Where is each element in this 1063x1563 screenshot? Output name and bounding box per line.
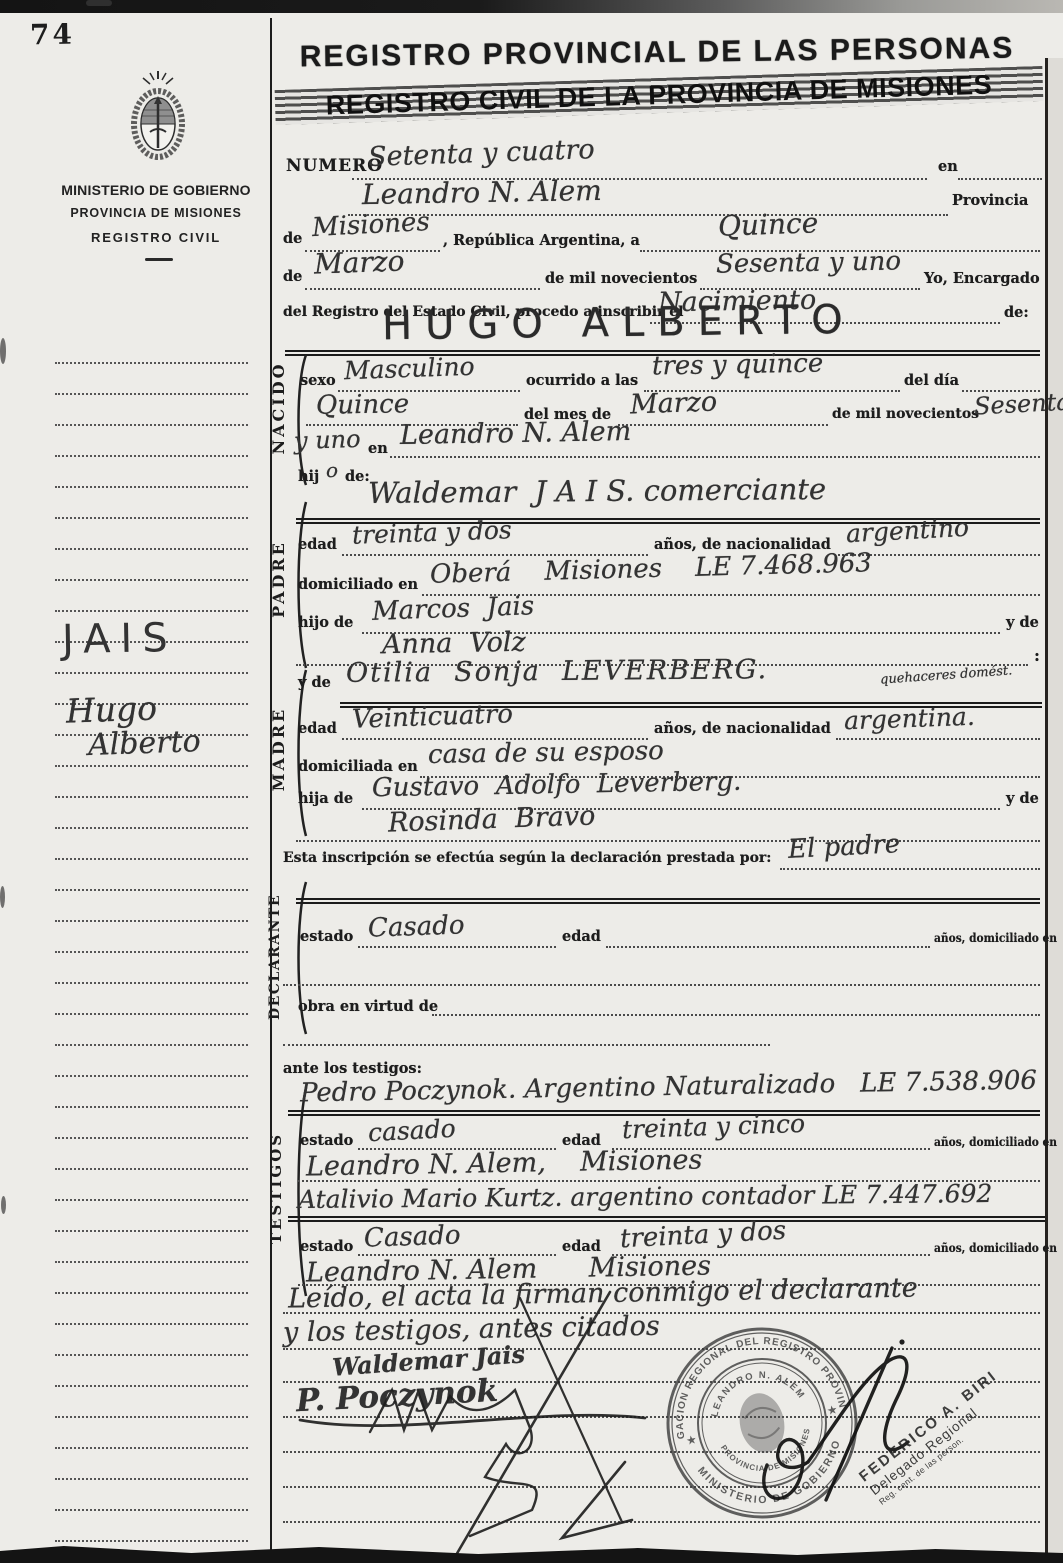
margin-ruled-lines bbox=[55, 333, 248, 1542]
entry-testigo1-domicilio: Leandro N. Alem, Misiones bbox=[306, 1145, 703, 1183]
dotted-line bbox=[305, 288, 540, 290]
dotted-line bbox=[836, 738, 1040, 740]
scan-artifact bbox=[86, 0, 112, 6]
label-inscripcion: Esta inscripción se efectúa según la dec… bbox=[283, 850, 771, 866]
section-testigos: TESTIGOS bbox=[267, 1090, 285, 1286]
entry-dia: Quince bbox=[717, 206, 818, 242]
scan-artifact bbox=[0, 338, 6, 364]
label-yo-encargado: Yo, Encargado bbox=[924, 270, 1040, 287]
struck-title-wrap: REGISTRO CIVIL DE LA PROVINCIA DE MISION… bbox=[283, 68, 1036, 123]
dotted-line bbox=[283, 1044, 770, 1046]
entry-padre-nombre: Waldemar J A I S. comerciante bbox=[368, 472, 826, 510]
label-edad: edad bbox=[562, 928, 601, 945]
page-number: 74 bbox=[30, 18, 76, 52]
entry-anio-nac1: Sesenta bbox=[973, 387, 1063, 420]
label-edad: edad bbox=[298, 536, 337, 553]
dotted-line bbox=[283, 984, 1040, 986]
margin-index-surname: JAIS bbox=[62, 615, 178, 663]
entry-hijo-o: o bbox=[326, 458, 338, 482]
label-anos-domiciliado: años, domiciliado en bbox=[934, 1240, 1057, 1255]
entry-lugar: Leandro N. Alem bbox=[362, 174, 602, 211]
label-anos-nacionalidad: años, de nacionalidad bbox=[654, 720, 831, 737]
entry-provincia: Misiones bbox=[311, 207, 430, 243]
label-mil-novecientos: de mil novecientos bbox=[545, 270, 697, 287]
double-rule bbox=[296, 898, 1040, 900]
dotted-line bbox=[958, 178, 1042, 180]
entry-madre-nombre: Otilia Sonja LEVERBERG. bbox=[346, 654, 768, 689]
label-estado: estado bbox=[300, 1238, 353, 1255]
entry-abuela-paterna: Anna Volz bbox=[382, 627, 526, 661]
label-ocurrido: ocurrido a las bbox=[526, 372, 638, 389]
label-y-de: y de bbox=[1006, 790, 1039, 807]
label-hijo-de: hijo de bbox=[298, 614, 353, 631]
label-obra: obra en virtud de bbox=[298, 998, 438, 1015]
sidebar-dash bbox=[145, 258, 173, 261]
entry-abuela-materna: Rosinda Bravo bbox=[388, 800, 596, 838]
entry-declaracion-por: El padre bbox=[787, 829, 901, 865]
scan-artifact bbox=[0, 886, 5, 908]
label-del-dia: del día bbox=[904, 372, 959, 389]
label-sexo: sexo bbox=[300, 372, 336, 389]
label-y-de: y de bbox=[298, 674, 331, 691]
struck-title: REGISTRO CIVIL DE LA PROVINCIA DE MISION… bbox=[325, 70, 992, 121]
double-rule bbox=[288, 1110, 1040, 1112]
label-y-de: y de bbox=[1006, 614, 1039, 631]
entry-dia-nac: Quince bbox=[316, 389, 410, 421]
entry-lugar-nac: Leandro N. Alem bbox=[400, 416, 632, 451]
label-en: en bbox=[938, 158, 958, 175]
coat-of-arms-icon bbox=[128, 70, 188, 166]
birth-certificate-page: 74 MINISTERIO DE GOBIERNO PROVINCIA DE M… bbox=[0, 0, 1063, 1563]
label-republica: , República Argentina, a bbox=[443, 232, 640, 249]
page-edge-line bbox=[1045, 58, 1048, 1563]
margin-index-given1: Hugo bbox=[65, 688, 157, 730]
page-edge-paper bbox=[1048, 58, 1063, 1563]
entry-numero: Setenta y cuatro bbox=[368, 134, 596, 173]
dotted-line bbox=[432, 1014, 1040, 1016]
stamp-star-left: ★ bbox=[685, 1432, 698, 1448]
dotted-line bbox=[780, 868, 1040, 870]
entry-abuelo-materno: Gustavo Adolfo Leverberg. bbox=[372, 767, 742, 803]
label-mil-novecientos: de mil novecientos bbox=[832, 406, 979, 422]
entry-testigo1-estado: casado bbox=[367, 1114, 456, 1148]
entry-madre-domicilio: casa de su esposo bbox=[428, 736, 664, 770]
label-de: de bbox=[283, 268, 302, 285]
signature-scrawl bbox=[280, 1272, 720, 1563]
entry-testigo2-edad: treinta y dos bbox=[619, 1216, 786, 1255]
dotted-line bbox=[358, 946, 556, 948]
label-edad: edad bbox=[298, 720, 337, 737]
entry-testigo1-edad: treinta y cinco bbox=[622, 1109, 806, 1144]
scan-top-edge bbox=[0, 0, 1063, 13]
entry-nombre: HUGO ALBERTO bbox=[382, 297, 856, 350]
dotted-line bbox=[606, 946, 930, 948]
entry-abuelo-paterno: Marcos Jais bbox=[372, 591, 535, 627]
entry-madre-nacionalidad: argentina. bbox=[844, 702, 976, 736]
dotted-line bbox=[618, 424, 828, 426]
entry-testigo2-estado: Casado bbox=[364, 1220, 462, 1253]
label-anos-domiciliado: años, domiciliado en bbox=[934, 1134, 1057, 1149]
label-estado: estado bbox=[300, 928, 353, 945]
section-nacido: NACIDO bbox=[269, 354, 288, 462]
entry-anio-nac2: y uno bbox=[294, 425, 361, 455]
entry-mes-nac: Marzo bbox=[629, 386, 717, 420]
entry-declarante-estado: Casado bbox=[368, 910, 466, 943]
ministry-label: MINISTERIO DE GOBIERNO bbox=[58, 182, 254, 198]
office-label: REGISTRO CIVIL bbox=[58, 230, 254, 245]
scan-artifact bbox=[1, 1196, 6, 1214]
entry-madre-edad: Veinticuatro bbox=[352, 699, 514, 735]
label-provincia: Provincia bbox=[952, 192, 1028, 209]
label-estado: estado bbox=[300, 1132, 353, 1149]
label-de: de bbox=[283, 230, 302, 247]
label-colon: : bbox=[1034, 646, 1040, 665]
dotted-line bbox=[390, 456, 1040, 458]
entry-hora: tres y quince bbox=[652, 349, 824, 382]
double-rule bbox=[288, 1216, 1045, 1218]
dotted-line bbox=[348, 214, 948, 216]
section-brace bbox=[293, 668, 308, 838]
label-en: en bbox=[368, 440, 388, 457]
label-ante-testigos: ante los testigos: bbox=[283, 1060, 422, 1077]
entry-madre-ocupacion: quehaceres domést. bbox=[880, 663, 1013, 687]
registry-title: REGISTRO PROVINCIAL DE LAS PERSONAS bbox=[283, 31, 1031, 74]
section-madre: MADRE bbox=[269, 674, 288, 824]
label-hij: hij bbox=[298, 468, 319, 485]
label-anos-domiciliado: años, domiciliado en bbox=[934, 930, 1057, 945]
label-domiciliado-en: domiciliado en bbox=[298, 576, 418, 593]
province-label: PROVINCIA DE MISIONES bbox=[58, 206, 254, 220]
section-declarante: DECLARANTE bbox=[267, 878, 283, 1036]
entry-anio: Sesenta y uno bbox=[716, 246, 901, 279]
label-de-colon: de: bbox=[1004, 304, 1029, 321]
label-hija-de: hija de bbox=[298, 790, 353, 807]
margin-index-given2: Alberto bbox=[87, 724, 201, 763]
label-de-colon: de: bbox=[345, 468, 370, 485]
entry-testigo2: Atalivio Mario Kurtz. argentino contador… bbox=[298, 1179, 993, 1214]
entry-padre-edad: treinta y dos bbox=[352, 515, 513, 550]
entry-sexo: Masculino bbox=[344, 352, 476, 386]
entry-padre-nacionalidad: argentino bbox=[845, 513, 969, 548]
section-padre: PADRE bbox=[269, 506, 288, 652]
entry-mes: Marzo bbox=[313, 244, 404, 280]
dotted-line bbox=[296, 840, 1040, 842]
